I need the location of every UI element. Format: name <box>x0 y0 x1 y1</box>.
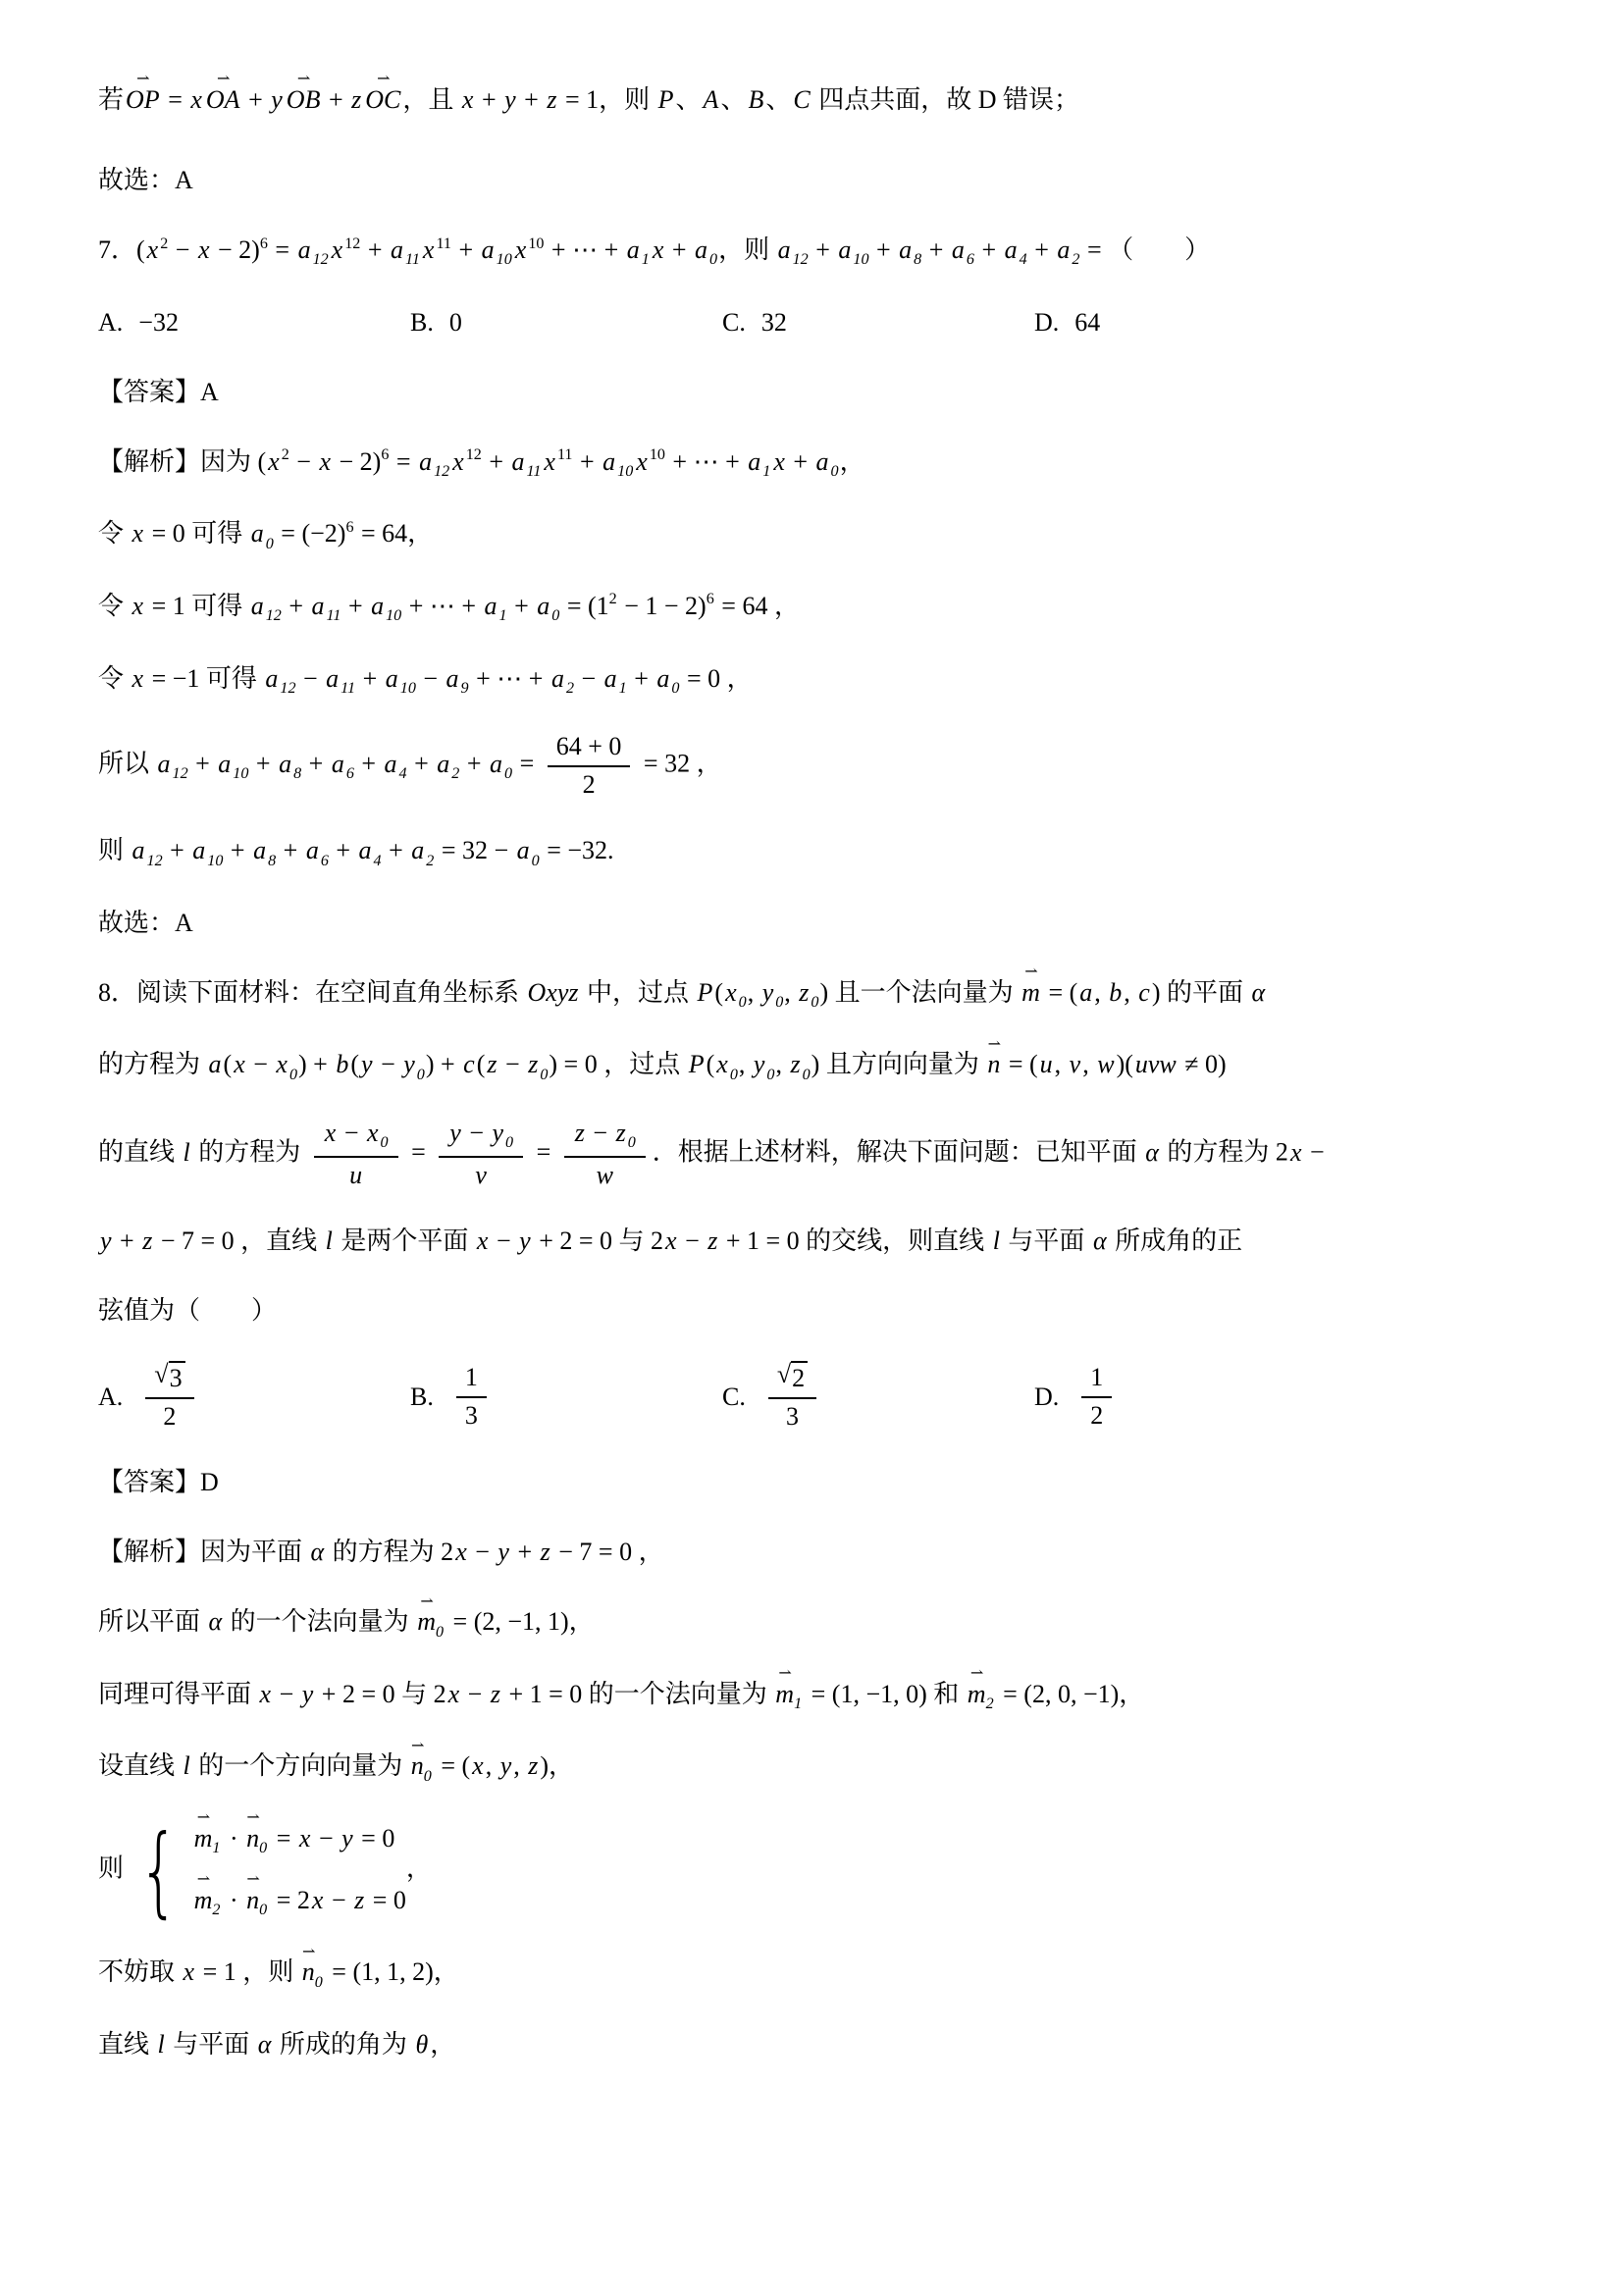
equation-system-rows: m1 · n0 = x − y = 0m2 · n0 = 2x − z = 0 <box>192 1819 406 1922</box>
text-segment: ，则 <box>718 235 776 264</box>
square-root: √3 <box>154 1361 184 1395</box>
vector-arrow-icon: m <box>968 1675 986 1713</box>
text-segment: 64 + 0 <box>556 732 622 760</box>
text-segment: 2 <box>163 1402 176 1431</box>
math-variable: x <box>145 235 161 264</box>
text-segment: + <box>511 1538 539 1566</box>
vector-arrow-icon: n <box>302 1953 315 1991</box>
text-segment: 则 <box>98 1854 124 1883</box>
subscript: 12 <box>266 607 283 624</box>
text-segment: 弦值为（ ） <box>98 1296 277 1325</box>
subscript: 2 <box>426 853 435 869</box>
math-variable: z <box>788 1050 802 1078</box>
text-segment: 的方程为 <box>192 1138 307 1167</box>
text-segment: + <box>330 836 357 864</box>
text-segment: = （ ） <box>1080 235 1210 264</box>
option-label: C. <box>722 303 746 341</box>
text-segment: 【解析】因为平面 <box>98 1538 309 1566</box>
question-8-analysis-2: 所以平面 α 的一个法向量为 m0 = (2, −1, 1)， <box>98 1602 1564 1644</box>
fraction-denominator: 2 <box>154 1399 184 1434</box>
question-8-answer: 【答案】D <box>98 1463 1564 1502</box>
subscript: 12 <box>280 680 296 697</box>
text-segment: 令 <box>98 592 131 620</box>
math-variable: l <box>991 1226 1002 1255</box>
question-8-analysis-7: 直线 l 与平面 α 所成的角为 θ， <box>98 2025 1564 2064</box>
math-variable: α <box>1249 978 1267 1007</box>
math-variable: l <box>182 1751 192 1780</box>
text-segment: , <box>739 1050 752 1078</box>
question-8-stem-1: 8．阅读下面材料：在空间直角坐标系 Oxyz 中，过点 P(x0, y0, z0… <box>98 973 1564 1016</box>
option-value: √23 <box>761 1361 823 1433</box>
subscript: 1 <box>642 251 651 268</box>
question-8-analysis-6: 不妨取 x = 1 ，则 n0 = (1, 1, 2)， <box>98 1953 1564 1995</box>
vector-m1: m1 <box>773 1675 805 1717</box>
math-variable: z <box>539 1538 552 1566</box>
superscript: 11 <box>436 235 452 252</box>
text-segment: , <box>1082 1050 1095 1078</box>
math-variable: a <box>207 1050 224 1078</box>
math-variable: α <box>256 2030 274 2059</box>
math-variable: x <box>297 1824 313 1852</box>
subscript: 11 <box>527 463 543 480</box>
superscript: 10 <box>528 235 545 252</box>
equation-row: m2 · n0 = 2x − z = 0 <box>192 1881 406 1923</box>
text-segment: + <box>518 85 546 114</box>
subscript: 10 <box>853 251 869 268</box>
subscript: 4 <box>1020 251 1028 268</box>
text-segment: = <box>269 235 296 264</box>
vector-arrow-icon: OC <box>365 80 400 119</box>
text-segment: − <box>490 1226 517 1255</box>
option-value: 32 <box>761 303 787 341</box>
math-variable: y <box>502 85 518 114</box>
fraction-denominator: v <box>464 1158 497 1192</box>
math-variable: z <box>489 1680 502 1708</box>
document-page: 若OP = xOA + yOB + zOC，且 x + y + z = 1，则 … <box>0 0 1623 2296</box>
fraction-numerator: y − y0 <box>439 1118 523 1158</box>
subscript: 12 <box>313 251 330 268</box>
fraction-denominator: u <box>339 1158 373 1192</box>
subscript: 10 <box>233 765 249 782</box>
subscript: 0 <box>628 1134 637 1151</box>
vector-arrow-icon: m <box>417 1602 436 1641</box>
option-d: D.12 <box>1034 1362 1346 1432</box>
fraction-numerator: √3 <box>145 1361 193 1399</box>
text-segment: + <box>508 592 536 620</box>
question-8-analysis-5: 则{m1 · n0 = x − y = 0m2 · n0 = 2x − z = … <box>98 1819 1564 1922</box>
text-segment: − <box>169 235 196 264</box>
text-segment: − <box>338 1119 365 1147</box>
math-variable: z <box>526 1050 540 1078</box>
radicand: 2 <box>791 1361 808 1395</box>
math-variable: a <box>601 447 617 476</box>
text-segment: + <box>1028 235 1056 264</box>
vector-n0: n0 <box>300 1953 326 1995</box>
fraction-denominator: w <box>586 1158 624 1192</box>
math-variable: z <box>614 1119 628 1147</box>
text-segment: ， <box>430 2030 455 2059</box>
vector-arrow-icon: n <box>246 1819 259 1857</box>
math-variable: x <box>196 235 212 264</box>
text-segment: 【答案】A <box>98 378 219 406</box>
math-variable: P <box>656 85 676 114</box>
subscript: 12 <box>793 251 810 268</box>
math-variable: x <box>513 235 529 264</box>
math-variable: y <box>300 1680 316 1708</box>
text-segment: ) 且一个法向量为 <box>819 978 1020 1007</box>
question-8-stem-5: 弦值为（ ） <box>98 1291 1564 1331</box>
subscript: 0 <box>730 1067 739 1083</box>
text-segment: ， <box>406 1854 432 1883</box>
text-segment: 所成的角为 <box>273 2030 413 2059</box>
text-segment: = 64 ， <box>715 592 800 620</box>
subscript: 11 <box>405 251 421 268</box>
text-segment: 的方程为 2 <box>326 1538 453 1566</box>
subscript: 0 <box>505 1134 514 1151</box>
superscript: 6 <box>707 591 715 607</box>
question-7-analysis-3: 令 x = 1 可得 a12 + a11 + a10 + ⋯ + a1 + a0… <box>98 587 1564 629</box>
question-7-choice: 故选：A <box>98 904 1564 943</box>
subscript: 8 <box>293 765 302 782</box>
vector-OP: OP <box>124 80 162 119</box>
question-8-analysis-3: 同理可得平面 x − y + 2 = 0 与 2x − z + 1 = 0 的一… <box>98 1675 1564 1717</box>
math-variable: x <box>771 447 787 476</box>
text-segment: 的一个法向量为 <box>224 1607 415 1636</box>
fraction: 12 <box>1081 1362 1112 1432</box>
text-segment: + <box>452 235 480 264</box>
vector-arrow-icon: n <box>411 1747 424 1785</box>
math-variable: x <box>266 447 282 476</box>
math-variable: x <box>188 85 204 114</box>
text-segment: − <box>297 664 325 693</box>
question-7-options: A.−32B.0C.32D.64 <box>98 303 1564 342</box>
text-segment: 与平面 <box>1002 1226 1091 1255</box>
math-variable: θ <box>413 2030 430 2059</box>
subscript: 0 <box>289 1067 298 1083</box>
option-d: D.64 <box>1034 303 1346 341</box>
math-variable: x <box>460 85 476 114</box>
math-variable: a <box>251 836 268 864</box>
math-variable: u <box>347 1161 364 1189</box>
math-variable: a <box>357 836 374 864</box>
math-variable: x <box>1288 1138 1304 1167</box>
text-segment: · <box>223 1824 244 1852</box>
math-variable: P <box>687 1050 707 1078</box>
question-7-stem: 7．(x2 − x − 2)6 = a12x12 + a11x11 + a10x… <box>98 231 1564 273</box>
text-segment: + <box>322 85 349 114</box>
text-segment: − <box>679 1226 707 1255</box>
math-variable: a <box>190 836 207 864</box>
text-segment: 所以平面 <box>98 1607 207 1636</box>
vector-OA: OA <box>204 80 242 119</box>
math-variable: x <box>470 1751 486 1780</box>
text-segment: 、 <box>765 85 791 114</box>
text-segment: 直线 <box>98 2030 156 2059</box>
text-segment: = (−2) <box>275 519 346 548</box>
text-segment: 1 <box>1090 1363 1103 1391</box>
math-variable: x <box>330 235 345 264</box>
text-segment: − <box>247 1050 275 1078</box>
math-variable: y <box>269 85 285 114</box>
text-segment: 0 <box>449 303 462 341</box>
question-7-analysis-5: 所以 a12 + a10 + a8 + a6 + a4 + a2 + a0 = … <box>98 731 1564 801</box>
superscript: 6 <box>345 519 354 536</box>
option-label: C. <box>722 1378 746 1416</box>
math-variable: a <box>369 592 386 620</box>
subscript: 8 <box>914 251 922 268</box>
math-variable: x <box>131 664 146 693</box>
subscript: 1 <box>619 680 628 697</box>
text-segment: + 2 = 0 与 2 <box>315 1680 445 1708</box>
math-variable: z <box>485 1050 498 1078</box>
math-variable: z <box>140 1226 154 1255</box>
math-variable: C <box>791 85 811 114</box>
option-value: 13 <box>449 1362 494 1432</box>
text-segment: = 32 ， <box>637 750 721 778</box>
subscript: 0 <box>532 853 541 869</box>
text-segment: ( <box>350 1050 359 1078</box>
math-variable: c <box>461 1050 477 1078</box>
text-segment: + <box>787 447 814 476</box>
math-variable: x <box>310 1886 326 1914</box>
vector-m1: m1 <box>192 1819 224 1861</box>
fraction-numerator: x − x0 <box>314 1118 398 1158</box>
subscript: 0 <box>739 994 748 1011</box>
text-segment: 中，过点 <box>581 978 696 1007</box>
text-segment: ( <box>224 1050 233 1078</box>
text-segment: , <box>486 1751 498 1780</box>
text-segment: = <box>405 1138 433 1167</box>
text-segment: 则 <box>98 836 131 864</box>
math-variable: a <box>693 235 709 264</box>
fraction: 13 <box>456 1362 487 1432</box>
text-segment: 3 <box>465 1401 478 1430</box>
radical-icon: √ <box>154 1359 168 1391</box>
text-segment: + <box>277 836 304 864</box>
vector-OC: OC <box>363 80 402 119</box>
text-segment: + <box>475 85 502 114</box>
math-variable: x <box>723 978 739 1007</box>
text-segment: · <box>223 1886 244 1914</box>
superscript: 6 <box>260 235 269 252</box>
option-b: B.0 <box>410 303 722 341</box>
text-segment: + <box>341 592 369 620</box>
text-segment: − 2) <box>333 447 381 476</box>
text-segment: = <box>513 750 541 778</box>
vector-arrow-icon: m <box>775 1675 794 1713</box>
text-segment: + <box>460 750 488 778</box>
math-variable: B <box>746 85 765 114</box>
text-segment: = 2 <box>270 1886 310 1914</box>
text-segment: 与平面 <box>167 2030 256 2059</box>
text-segment: 的方程为 <box>98 1050 207 1078</box>
subscript: 1 <box>794 1696 803 1712</box>
text-segment: ) + <box>426 1050 461 1078</box>
math-variable: a <box>417 447 434 476</box>
subscript: 0 <box>775 994 784 1011</box>
math-variable: a <box>836 235 853 264</box>
subscript: 9 <box>461 680 470 697</box>
fraction: 64 + 02 <box>548 731 631 801</box>
text-segment: = <box>390 447 417 476</box>
math-variable: a <box>1003 235 1020 264</box>
vector-n0: n0 <box>244 1819 270 1861</box>
fraction-denominator: 3 <box>456 1398 487 1433</box>
subscript: 2 <box>566 680 575 697</box>
text-segment: + <box>302 750 330 778</box>
subscript: 11 <box>327 607 342 624</box>
superscript: 12 <box>344 235 361 252</box>
math-variable: b <box>334 1050 350 1078</box>
question-8-options: A.√32B.13C.√23D.12 <box>98 1361 1564 1433</box>
text-segment: 3 <box>786 1402 799 1431</box>
text-segment: −32 <box>138 303 179 341</box>
text-segment: + ⋯ + <box>470 664 550 693</box>
math-variable: A <box>702 85 721 114</box>
math-variable: Oxyz <box>526 978 581 1007</box>
math-variable: a <box>510 447 527 476</box>
text-segment: ) 的平面 <box>1152 978 1250 1007</box>
question-8-analysis-4: 设直线 l 的一个方向向量为 n0 = (x, y, z)， <box>98 1747 1564 1789</box>
math-variable: α <box>1091 1226 1109 1255</box>
math-variable: a <box>310 592 327 620</box>
math-variable: α <box>309 1538 327 1566</box>
text-segment: + <box>573 447 601 476</box>
subscript: 0 <box>709 251 718 268</box>
text-segment: = −1 可得 <box>145 664 263 693</box>
text-segment: 2 <box>583 770 596 799</box>
math-variable: v <box>473 1161 489 1189</box>
text-segment: = ( <box>1002 1050 1037 1078</box>
subscript: 10 <box>497 251 513 268</box>
subscript: 2 <box>451 765 460 782</box>
text-segment: 64 <box>1074 303 1100 341</box>
text-segment: + <box>283 592 310 620</box>
math-variable: P <box>696 978 715 1007</box>
option-label: B. <box>410 303 434 341</box>
text-segment: − <box>312 1824 340 1852</box>
subscript: 0 <box>436 1624 445 1641</box>
math-variable: l <box>324 1226 335 1255</box>
math-variable: z <box>526 1751 540 1780</box>
math-variable: x <box>542 447 557 476</box>
math-variable: a <box>249 519 266 548</box>
document-body: 若OP = xOA + yOB + zOC，且 x + y + z = 1，则 … <box>98 80 1564 2064</box>
math-variable: x <box>714 1050 730 1078</box>
vector-n: n <box>985 1045 1002 1083</box>
text-segment: ) + <box>298 1050 334 1078</box>
text-segment: − <box>1303 1138 1324 1167</box>
math-variable: a <box>483 592 499 620</box>
math-variable: x <box>450 447 466 476</box>
math-variable: b <box>1107 978 1124 1007</box>
text-segment: − 1 − 2) <box>618 592 707 620</box>
text-segment: )， <box>540 1751 574 1780</box>
math-variable: l <box>182 1138 192 1167</box>
math-variable: a <box>515 836 532 864</box>
radical-icon: √ <box>777 1359 791 1391</box>
text-segment: − <box>375 1050 402 1078</box>
text-segment: , <box>1055 1050 1068 1078</box>
math-variable: a <box>445 664 461 693</box>
subscript: 10 <box>207 853 224 869</box>
option-c: C.32 <box>722 303 1034 341</box>
math-variable: x <box>323 1119 339 1147</box>
vector-arrow-icon: n <box>987 1045 1000 1083</box>
question-8-stem-2: 的方程为 a(x − x0) + b(y − y0) + c(z − z0) =… <box>98 1045 1564 1087</box>
prev-solution-choice: 故选：A <box>98 161 1564 200</box>
vector-n0: n0 <box>409 1747 435 1789</box>
text-segment: − 2) <box>212 235 260 264</box>
subscript: 0 <box>551 607 560 624</box>
text-segment: + <box>355 750 383 778</box>
fraction-denominator: 2 <box>1081 1398 1112 1433</box>
text-segment: + <box>483 447 510 476</box>
text-segment: 、 <box>720 85 746 114</box>
text-segment: 的一个方向向量为 <box>192 1751 409 1780</box>
math-variable: y <box>496 1538 511 1566</box>
subscript: 0 <box>803 1067 811 1083</box>
subscript: 0 <box>259 1902 268 1918</box>
fraction-numerator: z − z0 <box>564 1118 646 1158</box>
text-segment: 故选：A <box>98 166 193 194</box>
math-variable: y <box>498 1751 514 1780</box>
text-segment: , <box>513 1751 526 1780</box>
vector-arrow-icon: n <box>246 1881 259 1919</box>
text-segment: + <box>242 85 270 114</box>
math-variable: z <box>706 1226 719 1255</box>
text-segment: − <box>469 1538 497 1566</box>
math-variable: x <box>365 1119 381 1147</box>
prev-solution-line: 若OP = xOA + yOB + zOC，且 x + y + z = 1，则 … <box>98 80 1564 120</box>
text-segment: 令 <box>98 664 131 693</box>
math-variable: a <box>156 750 173 778</box>
math-variable: l <box>156 2030 167 2059</box>
fraction: √23 <box>768 1361 816 1433</box>
math-variable: a <box>480 235 497 264</box>
subscript: 10 <box>386 607 402 624</box>
square-root: √2 <box>777 1361 808 1395</box>
text-segment: + <box>628 664 655 693</box>
text-segment: 故选：A <box>98 909 193 937</box>
question-7-analysis-4: 令 x = −1 可得 a12 − a11 + a10 − a9 + ⋯ + a… <box>98 659 1564 702</box>
text-segment: 令 <box>98 519 131 548</box>
text-segment: 设直线 <box>98 1751 182 1780</box>
math-variable: z <box>573 1119 587 1147</box>
fraction-numerator: 1 <box>456 1362 487 1398</box>
text-segment: + 1 = 0 的交线，则直线 <box>719 1226 990 1255</box>
text-segment: = 1 ，则 <box>196 1957 300 1986</box>
math-variable: y <box>760 978 776 1007</box>
math-variable: x <box>317 447 333 476</box>
question-7-answer: 【答案】A <box>98 373 1564 412</box>
math-variable: v <box>1068 1050 1083 1078</box>
text-segment: ( <box>714 978 723 1007</box>
text-segment: 若 <box>98 85 124 114</box>
text-segment: ， <box>840 447 865 476</box>
vector-arrow-icon: OP <box>126 80 160 119</box>
text-segment: + <box>922 235 950 264</box>
vector-m2: m2 <box>966 1675 997 1717</box>
vector-n0: n0 <box>244 1881 270 1923</box>
math-variable: x <box>475 1226 491 1255</box>
text-segment: ) = 0 ，过点 <box>549 1050 686 1078</box>
math-variable: a <box>216 750 233 778</box>
superscript: 2 <box>609 591 618 607</box>
superscript: 2 <box>160 235 169 252</box>
curly-brace-icon: { <box>138 1829 179 1912</box>
math-variable: y <box>490 1119 505 1147</box>
